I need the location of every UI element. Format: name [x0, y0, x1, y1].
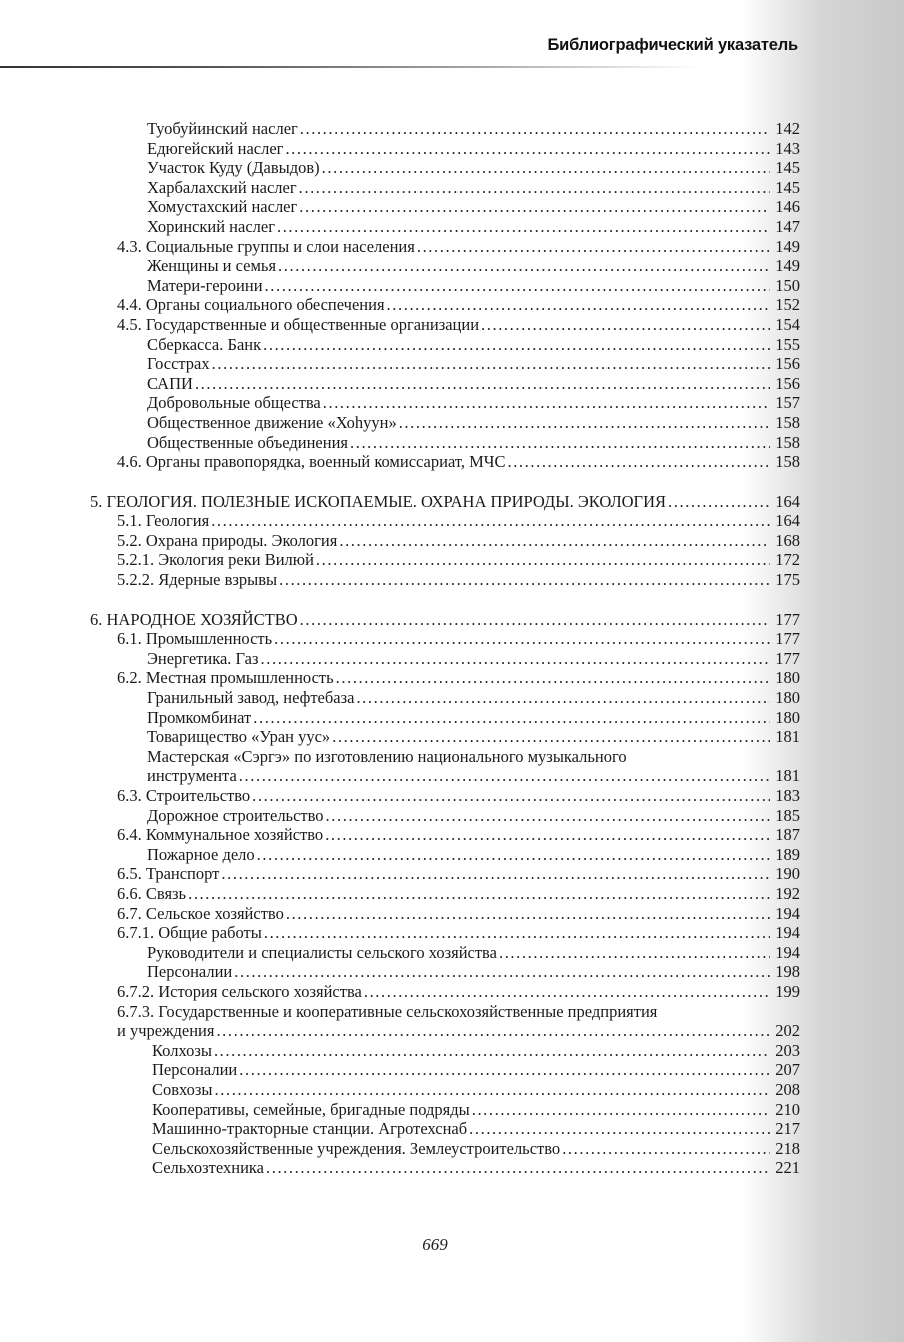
toc-entry-title: Персоналии — [147, 962, 232, 982]
dot-leader — [300, 610, 770, 630]
toc-entry-title: Госстрах — [147, 354, 210, 374]
dot-leader — [261, 649, 770, 669]
toc-entry-page: 152 — [772, 295, 800, 315]
dot-leader — [257, 845, 770, 865]
toc-entry[interactable]: Мастерская «Сэргэ» по изготовлению нацио… — [0, 747, 904, 767]
toc-entry[interactable]: инструмента181 — [0, 766, 904, 786]
toc-entry[interactable]: Общественные объединения158 — [0, 433, 904, 453]
toc-entry-page: 199 — [772, 982, 800, 1002]
toc-entry[interactable]: Дорожное строительство185 — [0, 806, 904, 826]
toc-entry[interactable]: Едюгейский наслег143 — [0, 139, 904, 159]
toc-entry-title: Энергетика. Газ — [147, 649, 259, 669]
toc-entry[interactable]: Пожарное дело189 — [0, 845, 904, 865]
toc-entry[interactable]: 5.2.2. Ядерные взрывы175 — [0, 570, 904, 590]
dot-leader — [216, 1021, 770, 1041]
toc-entry-page: 180 — [772, 708, 800, 728]
toc-entry-page: 158 — [772, 452, 800, 472]
dot-leader — [472, 1100, 770, 1120]
toc-entry-page: 217 — [772, 1119, 800, 1139]
toc-entry-page: 189 — [772, 845, 800, 865]
toc-entry[interactable]: 6. НАРОДНОЕ ХОЗЯЙСТВО177 — [0, 610, 904, 630]
toc-entry[interactable]: 6.7.2. История сельского хозяйства199 — [0, 982, 904, 1002]
dot-leader — [265, 276, 770, 296]
toc-entry-page: 198 — [772, 962, 800, 982]
dot-leader — [274, 629, 770, 649]
table-of-contents: Туобуйинский наслег142Едюгейский наслег1… — [0, 119, 904, 1178]
dot-leader — [399, 413, 770, 433]
toc-entry[interactable]: Гранильный завод, нефтебаза180 — [0, 688, 904, 708]
toc-entry-title: Сберкасса. Банк — [147, 335, 261, 355]
toc-entry-title: 6.5. Транспорт — [117, 864, 219, 884]
toc-entry-page: 183 — [772, 786, 800, 806]
toc-entry-title: Пожарное дело — [147, 845, 255, 865]
toc-entry[interactable]: Персоналии198 — [0, 962, 904, 982]
toc-entry-title: 5. ГЕОЛОГИЯ. ПОЛЕЗНЫЕ ИСКОПАЕМЫЕ. ОХРАНА… — [90, 492, 666, 512]
toc-entry-page: 150 — [772, 276, 800, 296]
dot-leader — [221, 864, 770, 884]
dot-leader — [326, 806, 770, 826]
toc-entry-title: Хоринский наслег — [147, 217, 275, 237]
toc-entry-title: САПИ — [147, 374, 193, 394]
toc-entry[interactable]: Сберкасса. Банк155 — [0, 335, 904, 355]
toc-entry[interactable]: Кооперативы, семейные, бригадные подряды… — [0, 1100, 904, 1120]
dot-leader — [325, 825, 770, 845]
toc-entry[interactable]: САПИ156 — [0, 374, 904, 394]
toc-entry-title: Дорожное строительство — [147, 806, 324, 826]
dot-leader — [507, 452, 770, 472]
toc-entry-page: 190 — [772, 864, 800, 884]
toc-entry-page: 164 — [772, 511, 800, 531]
toc-entry-page: 181 — [772, 727, 800, 747]
toc-entry[interactable]: 4.5. Государственные и общественные орга… — [0, 315, 904, 335]
toc-entry-page: 194 — [772, 904, 800, 924]
toc-entry[interactable]: 6.7. Сельское хозяйство194 — [0, 904, 904, 924]
toc-entry[interactable]: 4.6. Органы правопорядка, военный комисс… — [0, 452, 904, 472]
toc-entry-title: Совхозы — [152, 1080, 213, 1100]
toc-entry-title: 6.7. Сельское хозяйство — [117, 904, 284, 924]
toc-entry-title: 6.7.3. Государственные и кооперативные с… — [117, 1002, 657, 1022]
toc-entry-title: Персоналии — [152, 1060, 237, 1080]
toc-entry[interactable]: 6.4. Коммунальное хозяйство187 — [0, 825, 904, 845]
toc-entry-page: 177 — [772, 610, 800, 630]
toc-entry[interactable]: 6.6. Связь192 — [0, 884, 904, 904]
toc-entry-page: 218 — [772, 1139, 800, 1159]
toc-entry-page: 149 — [772, 237, 800, 257]
toc-entry-title: Едюгейский наслег — [147, 139, 283, 159]
toc-entry-page: 177 — [772, 629, 800, 649]
toc-entry[interactable]: Госстрах156 — [0, 354, 904, 374]
toc-entry-title: 5.2.1. Экология реки Вилюй — [117, 550, 314, 570]
dot-leader — [239, 766, 770, 786]
toc-entry-title: 6.4. Коммунальное хозяйство — [117, 825, 323, 845]
dot-leader — [239, 1060, 770, 1080]
toc-entry[interactable]: 6.1. Промышленность177 — [0, 629, 904, 649]
toc-entry-page: 147 — [772, 217, 800, 237]
toc-entry[interactable]: Хоринский наслег147 — [0, 217, 904, 237]
dot-leader — [212, 354, 770, 374]
toc-entry-page: 149 — [772, 256, 800, 276]
dot-leader — [188, 884, 770, 904]
dot-leader — [264, 923, 770, 943]
toc-entry-page: 185 — [772, 806, 800, 826]
toc-entry-page: 202 — [772, 1021, 800, 1041]
toc-entry-title: Гранильный завод, нефтебаза — [147, 688, 354, 708]
toc-entry-page: 194 — [772, 943, 800, 963]
toc-entry-page: 180 — [772, 668, 800, 688]
toc-entry-title: Промкомбинат — [147, 708, 251, 728]
toc-entry[interactable]: 4.4. Органы социального обеспечения152 — [0, 295, 904, 315]
toc-entry[interactable]: Энергетика. Газ177 — [0, 649, 904, 669]
toc-entry-page: 181 — [772, 766, 800, 786]
dot-leader — [279, 570, 770, 590]
dot-leader — [562, 1139, 770, 1159]
toc-entry[interactable]: Общественное движение «Хоһуун»158 — [0, 413, 904, 433]
dot-leader — [277, 217, 770, 237]
dot-leader — [339, 531, 770, 551]
toc-entry-title: 6.7.2. История сельского хозяйства — [117, 982, 362, 1002]
toc-entry-page: 194 — [772, 923, 800, 943]
toc-entry-page: 155 — [772, 335, 800, 355]
toc-entry[interactable]: 4.3. Социальные группы и слои населения1… — [0, 237, 904, 257]
toc-entry-title: Колхозы — [152, 1041, 212, 1061]
toc-entry[interactable]: Участок Куду (Давыдов)145 — [0, 158, 904, 178]
toc-entry[interactable]: Сельскохозяйственные учреждения. Землеус… — [0, 1139, 904, 1159]
toc-entry[interactable]: Совхозы208 — [0, 1080, 904, 1100]
dot-leader — [499, 943, 770, 963]
toc-entry-title: 4.3. Социальные группы и слои населения — [117, 237, 415, 257]
toc-entry[interactable]: 5.1. Геология164 — [0, 511, 904, 531]
toc-entry-title: Товарищество «Уран уус» — [147, 727, 330, 747]
toc-entry[interactable]: 6.7.1. Общие работы194 — [0, 923, 904, 943]
toc-entry-page: 156 — [772, 354, 800, 374]
toc-entry[interactable]: Товарищество «Уран уус»181 — [0, 727, 904, 747]
toc-entry[interactable]: Матери-героини150 — [0, 276, 904, 296]
toc-entry-page: 158 — [772, 433, 800, 453]
toc-entry-title: Участок Куду (Давыдов) — [147, 158, 320, 178]
toc-entry-page: 187 — [772, 825, 800, 845]
toc-entry-page: 208 — [772, 1080, 800, 1100]
toc-entry[interactable]: Добровольные общества157 — [0, 393, 904, 413]
toc-entry-title: 5.2. Охрана природы. Экология — [117, 531, 337, 551]
dot-leader — [356, 688, 770, 708]
dot-leader — [215, 1080, 770, 1100]
section-gap — [0, 590, 904, 610]
toc-entry[interactable]: Харбалахский наслег145 — [0, 178, 904, 198]
dot-leader — [252, 786, 770, 806]
toc-entry-page: 157 — [772, 393, 800, 413]
toc-entry-title: Туобуйинский наслег — [147, 119, 298, 139]
toc-entry[interactable]: 6.7.3. Государственные и кооперативные с… — [0, 1002, 904, 1022]
dot-leader — [286, 904, 770, 924]
toc-entry-page: 175 — [772, 570, 800, 590]
dot-leader — [211, 511, 770, 531]
toc-entry[interactable]: и учреждения202 — [0, 1021, 904, 1041]
toc-entry-page: 207 — [772, 1060, 800, 1080]
toc-entry-title: Добровольные общества — [147, 393, 321, 413]
toc-entry[interactable]: Хомустахский наслег146 — [0, 197, 904, 217]
toc-entry[interactable]: Сельхозтехника221 — [0, 1158, 904, 1178]
dot-leader — [299, 197, 770, 217]
toc-entry-title: Руководители и специалисты сельского хоз… — [147, 943, 497, 963]
toc-entry-title: 6. НАРОДНОЕ ХОЗЯЙСТВО — [90, 610, 298, 630]
dot-leader — [323, 393, 770, 413]
toc-entry[interactable]: 6.5. Транспорт190 — [0, 864, 904, 884]
dot-leader — [336, 668, 770, 688]
toc-entry-page: 180 — [772, 688, 800, 708]
toc-entry-page: 142 — [772, 119, 800, 139]
toc-entry[interactable]: 5. ГЕОЛОГИЯ. ПОЛЕЗНЫЕ ИСКОПАЕМЫЕ. ОХРАНА… — [0, 492, 904, 512]
dot-leader — [322, 158, 770, 178]
toc-entry[interactable]: Руководители и специалисты сельского хоз… — [0, 943, 904, 963]
dot-leader — [332, 727, 770, 747]
dot-leader — [350, 433, 770, 453]
toc-entry-page: 146 — [772, 197, 800, 217]
page-number: 669 — [0, 1235, 870, 1255]
toc-entry[interactable]: 5.2. Охрана природы. Экология168 — [0, 531, 904, 551]
toc-entry-title: Женщины и семья — [147, 256, 276, 276]
dot-leader — [253, 708, 770, 728]
section-gap — [0, 472, 904, 492]
toc-entry-title: 6.7.1. Общие работы — [117, 923, 262, 943]
dot-leader — [300, 119, 770, 139]
toc-entry-title: Сельхозтехника — [152, 1158, 264, 1178]
toc-entry[interactable]: Колхозы203 — [0, 1041, 904, 1061]
toc-entry-page: 210 — [772, 1100, 800, 1120]
toc-entry-page: 145 — [772, 178, 800, 198]
toc-entry-title: Общественные объединения — [147, 433, 348, 453]
toc-entry-title: 5.2.2. Ядерные взрывы — [117, 570, 277, 590]
dot-leader — [278, 256, 770, 276]
toc-entry-title: Сельскохозяйственные учреждения. Землеус… — [152, 1139, 560, 1159]
toc-entry-page: 203 — [772, 1041, 800, 1061]
toc-entry[interactable]: Женщины и семья149 — [0, 256, 904, 276]
dot-leader — [364, 982, 770, 1002]
header-rule — [0, 66, 700, 68]
toc-entry[interactable]: Туобуйинский наслег142 — [0, 119, 904, 139]
dot-leader — [299, 178, 770, 198]
toc-entry-page: 158 — [772, 413, 800, 433]
dot-leader — [668, 492, 770, 512]
toc-entry[interactable]: Персоналии207 — [0, 1060, 904, 1080]
toc-entry-title: Матери-героини — [147, 276, 263, 296]
toc-entry-title: 4.5. Государственные и общественные орга… — [117, 315, 479, 335]
toc-entry-title: 4.4. Органы социального обеспечения — [117, 295, 385, 315]
toc-entry-page: 164 — [772, 492, 800, 512]
toc-entry-title: 6.1. Промышленность — [117, 629, 272, 649]
toc-entry[interactable]: 6.2. Местная промышленность180 — [0, 668, 904, 688]
dot-leader — [387, 295, 770, 315]
toc-entry-title: 6.3. Строительство — [117, 786, 250, 806]
toc-entry-title: Хомустахский наслег — [147, 197, 297, 217]
toc-entry-title: и учреждения — [117, 1021, 214, 1041]
toc-entry-title: Мастерская «Сэргэ» по изготовлению нацио… — [147, 747, 627, 767]
toc-entry-title: Харбалахский наслег — [147, 178, 297, 198]
toc-entry-title: 6.6. Связь — [117, 884, 186, 904]
dot-leader — [316, 550, 770, 570]
dot-leader — [234, 962, 770, 982]
toc-entry-page: 168 — [772, 531, 800, 551]
dot-leader — [266, 1158, 770, 1178]
toc-entry-title: Общественное движение «Хоһуун» — [147, 413, 397, 433]
toc-entry[interactable]: Машинно-тракторные станции. Агротехснаб2… — [0, 1119, 904, 1139]
toc-entry-title: 4.6. Органы правопорядка, военный комисс… — [117, 452, 505, 472]
toc-entry[interactable]: Промкомбинат180 — [0, 708, 904, 728]
toc-entry-title: 6.2. Местная промышленность — [117, 668, 334, 688]
toc-entry[interactable]: 6.3. Строительство183 — [0, 786, 904, 806]
toc-entry-page: 177 — [772, 649, 800, 669]
running-header: Библиографический указатель — [548, 36, 799, 55]
toc-entry-title: Машинно-тракторные станции. Агротехснаб — [152, 1119, 467, 1139]
dot-leader — [481, 315, 770, 335]
dot-leader — [195, 374, 770, 394]
toc-entry-title: Кооперативы, семейные, бригадные подряды — [152, 1100, 470, 1120]
toc-entry-page: 192 — [772, 884, 800, 904]
toc-entry-page: 221 — [772, 1158, 800, 1178]
toc-entry-page: 143 — [772, 139, 800, 159]
toc-entry-page: 172 — [772, 550, 800, 570]
dot-leader — [469, 1119, 770, 1139]
toc-entry-page: 145 — [772, 158, 800, 178]
toc-entry-title: 5.1. Геология — [117, 511, 209, 531]
dot-leader — [285, 139, 770, 159]
dot-leader — [417, 237, 770, 257]
dot-leader — [214, 1041, 770, 1061]
toc-entry-page: 154 — [772, 315, 800, 335]
toc-entry[interactable]: 5.2.1. Экология реки Вилюй172 — [0, 550, 904, 570]
toc-entry-page: 156 — [772, 374, 800, 394]
dot-leader — [263, 335, 770, 355]
toc-entry-title: инструмента — [147, 766, 237, 786]
